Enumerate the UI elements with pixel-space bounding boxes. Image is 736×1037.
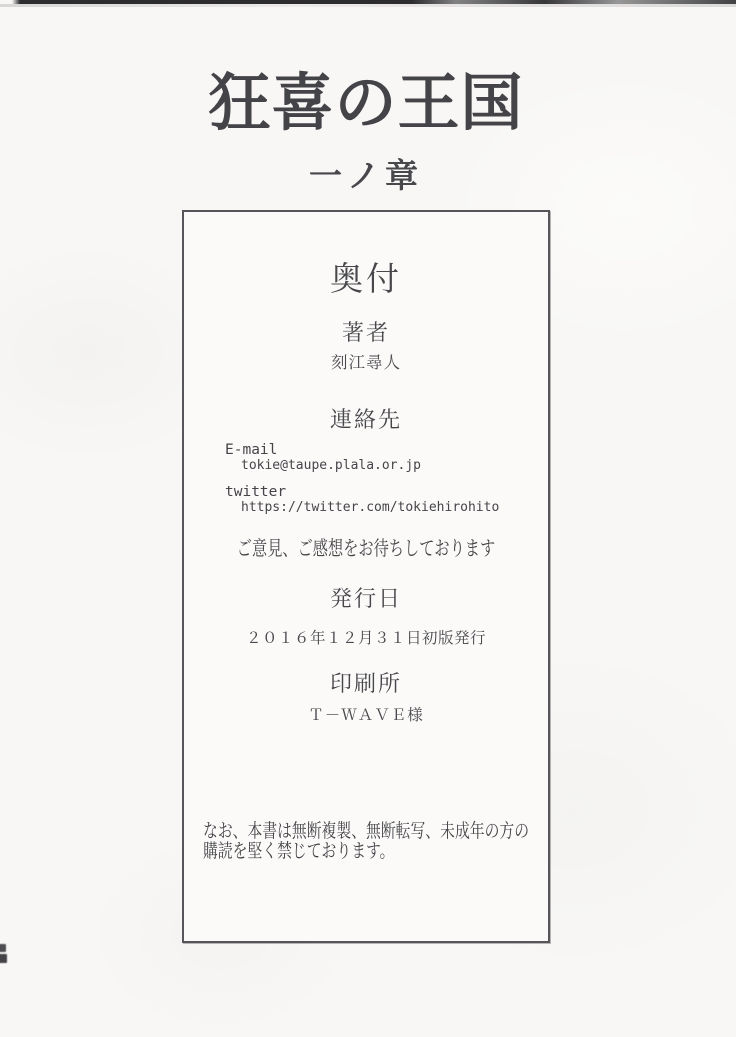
twitter-url: https://twitter.com/tokiehirohito: [225, 500, 525, 516]
publication-date-label: 発行日: [184, 582, 548, 613]
disclaimer-text: なお、本書は無断複製、無断転写、未成年の方の購読を堅く禁じております。: [203, 821, 534, 861]
page-content: 狂喜の王国 一ノ章 奥付 著者 刻江尋人 連絡先 E-mail tokie@ta…: [0, 0, 732, 1037]
author-label: 著者: [184, 316, 548, 347]
colophon-box: 奥付 著者 刻江尋人 連絡先 E-mail tokie@taupe.plala.…: [182, 210, 550, 943]
email-address: tokie@taupe.plala.or.jp: [225, 458, 525, 474]
chapter-subtitle: 一ノ章: [0, 150, 732, 197]
scan-smudge-artifact: [0, 944, 7, 966]
twitter-label: twitter: [225, 484, 525, 500]
scanned-colophon-page: 狂喜の王国 一ノ章 奥付 著者 刻江尋人 連絡先 E-mail tokie@ta…: [0, 0, 736, 1037]
contact-block: E-mail tokie@taupe.plala.or.jp twitter h…: [225, 442, 525, 516]
email-label: E-mail: [225, 442, 525, 458]
publication-date-value: ２０１６年１２月３１日初版発行: [184, 626, 548, 648]
contact-label: 連絡先: [184, 403, 548, 434]
book-title: 狂喜の王国: [0, 70, 732, 137]
colophon-heading: 奥付: [184, 253, 548, 300]
author-name: 刻江尋人: [184, 349, 548, 373]
printer-name: Ｔ－ＷＡＶＥ様: [184, 703, 548, 725]
printer-label: 印刷所: [184, 667, 548, 698]
feedback-note: ご意見、ご感想をお待ちしております: [228, 532, 505, 561]
